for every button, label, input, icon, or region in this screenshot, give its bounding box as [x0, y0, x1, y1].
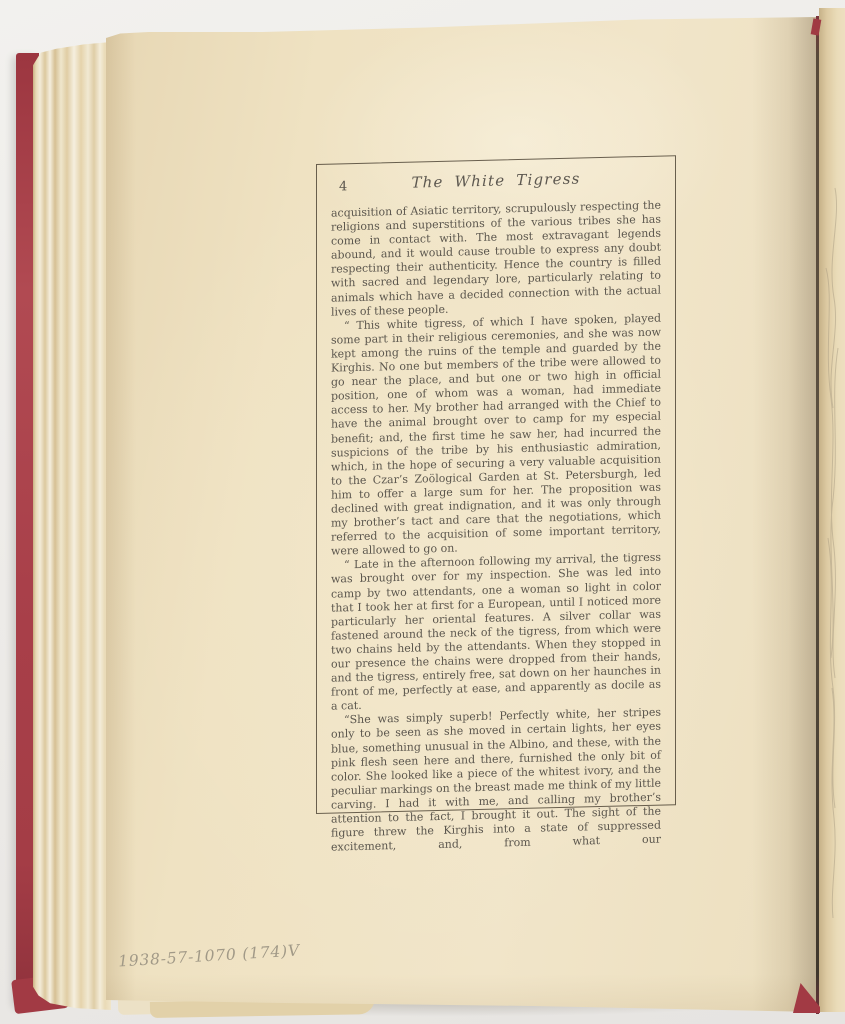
paragraph: acquisition of Asiatic territory, scrupu… — [331, 199, 661, 320]
book-photograph: 4 The White Tigress acquisition of Asiat… — [0, 0, 845, 1024]
page-title: The White Tigress — [331, 168, 661, 194]
page-gutter-shading — [752, 12, 818, 1014]
book-gutter-fold — [816, 16, 819, 1014]
page-edges-stack — [33, 42, 111, 1010]
facing-page-sliver — [819, 8, 845, 1012]
page-left-shading — [106, 12, 136, 1014]
paragraph: “ This white tigress, of which I have sp… — [331, 311, 661, 559]
pencil-sketch — [819, 68, 845, 948]
paragraph: “ Late in the afternoon following my arr… — [331, 551, 661, 714]
page-body-text: acquisition of Asiatic territory, scrupu… — [331, 199, 661, 855]
page-header: 4 The White Tigress — [331, 157, 661, 207]
paragraph: “She was simply superb! Perfectly white,… — [331, 706, 661, 855]
printed-text-frame: 4 The White Tigress acquisition of Asiat… — [316, 155, 676, 814]
